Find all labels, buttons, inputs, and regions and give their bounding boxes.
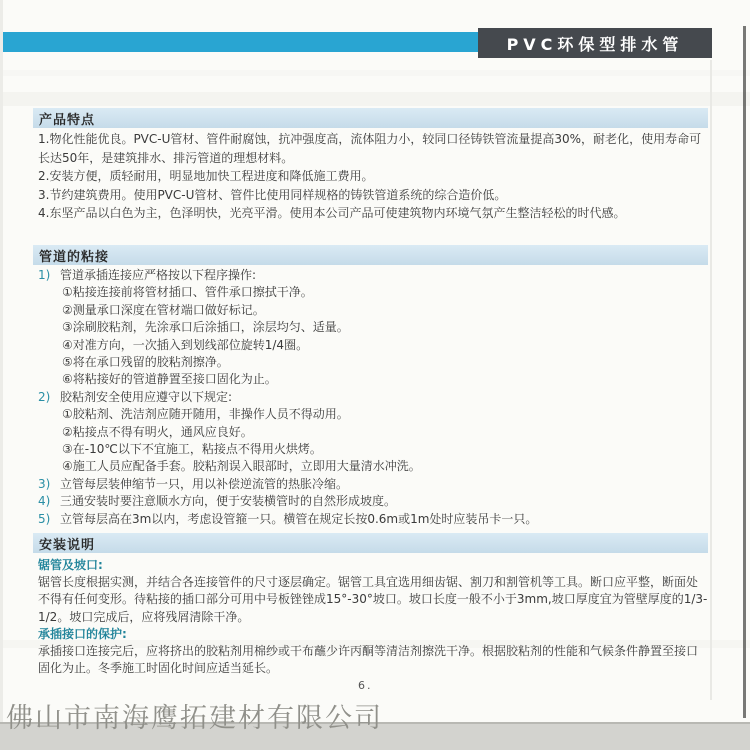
section-bar-bonding: 管道的粘接 [33,245,708,265]
bonding-item: 5)立管每层高在3m以内，考虑设管箍一只。横管在规定长按0.6m或1m处时应装吊… [38,511,708,528]
page-fold-line [710,60,712,700]
header-title-band: PVC环保型排水管 [478,28,712,58]
bonding-item-text: 胶粘剂安全使用应遵守以下规定: [60,390,232,404]
bonding-item-text: 三通安装时要注意顺水方向，便于安装横管时的自然形成坡度。 [60,494,396,508]
list-number: 4) [38,493,60,510]
bonding-sub-item: ②测量承口深度在管材端口做好标记。 [38,302,708,319]
bonding-sub-item: ③涂刷胶粘剂，先涂承口后涂插口，涂层均匀、适量。 [38,319,708,336]
section-bar-features: 产品特点 [33,108,708,128]
bonding-sub-item: ④对准方向，一次插入到划线部位旋转1/4圈。 [38,337,708,354]
install-subheading: 承插接口的保护: [38,626,708,643]
bonding-item: 4)三通安装时要注意顺水方向，便于安装横管时的自然形成坡度。 [38,493,708,510]
scan-right-edge-line [743,26,746,718]
list-number: 1) [38,267,60,284]
bonding-item: 1)管道承插连接应严格按以下程序操作: [38,267,708,284]
header-cyan-band [0,32,478,52]
section-title: 管道的粘接 [33,246,109,265]
bonding-sub-item: ②粘接点不得有明火，通风应良好。 [38,424,708,441]
scan-streak [0,70,750,76]
bonding-item-text: 立管每层高在3m以内，考虑设管箍一只。横管在规定长按0.6m或1m处时应装吊卡一… [60,512,537,526]
install-subheading: 锯管及坡口: [38,557,708,574]
feature-item: 4.东坚产品以白色为主，色泽明快，光亮平滑。使用本公司产品可使建筑物内环境气氛产… [38,204,708,223]
feature-item: 3.节约建筑费用。使用PVC-U管材、管件比使用同样规格的铸铁管道系统的综合造价… [38,186,708,205]
bonding-sub-item: ①粘接连接前将管材插口、管件承口擦拭干净。 [38,284,708,301]
bonding-item: 2)胶粘剂安全使用应遵守以下规定: [38,389,708,406]
install-paragraph: 锯管长度根据实测，并结合各连接管件的尺寸逐层确定。锯管工具宜选用细齿锯、割刀和割… [38,574,708,626]
scanned-document-page: PVC环保型排水管 产品特点 1.物化性能优良。PVC-U管材、管件耐腐蚀，抗冲… [0,0,750,750]
list-number: 3) [38,476,60,493]
page-number: 6. [358,679,373,692]
bonding-item-text: 立管每层装伸缩节一只，用以补偿逆流管的热胀冷缩。 [60,477,348,491]
company-watermark: 佛山市南海鹰拓建材有限公司 [6,696,383,735]
install-text-block: 锯管及坡口: 锯管长度根据实测，并结合各连接管件的尺寸逐层确定。锯管工具宜选用细… [38,557,708,677]
section-title: 安装说明 [33,534,95,553]
scan-streak [0,92,750,106]
bonding-sub-item: ①胶粘剂、洗洁剂应随开随用，非操作人员不得动用。 [38,406,708,423]
section-bar-install: 安装说明 [33,533,708,553]
bonding-sub-item: ③在-10℃以下不宜施工，粘接点不得用火烘烤。 [38,441,708,458]
list-number: 2) [38,389,60,406]
bonding-item-text: 管道承插连接应严格按以下程序操作: [60,268,256,282]
install-paragraph: 承插接口连接完后，应将挤出的胶粘剂用棉纱或干布蘸少许丙酮等清洁剂擦洗干净。根据胶… [38,643,708,677]
page-title: PVC环保型排水管 [507,32,684,55]
section-title: 产品特点 [33,109,95,128]
bonding-list: 1)管道承插连接应严格按以下程序操作: ①粘接连接前将管材插口、管件承口擦拭干净… [38,267,708,528]
bonding-sub-item: ⑤将在承口残留的胶粘剂擦净。 [38,354,708,371]
bonding-sub-item: ④施工人员应配备手套。胶粘剂误入眼部时，立即用大量清水冲洗。 [38,458,708,475]
scan-left-edge [0,0,3,724]
bonding-item: 3)立管每层装伸缩节一只，用以补偿逆流管的热胀冷缩。 [38,476,708,493]
bonding-sub-item: ⑥将粘接好的管道静置至接口固化为止。 [38,371,708,388]
features-text-block: 1.物化性能优良。PVC-U管材、管件耐腐蚀，抗冲强度高，流体阻力小，较同口径铸… [38,130,708,223]
list-number: 5) [38,511,60,528]
feature-item: 2.安装方便，质轻耐用，明显地加快工程进度和降低施工费用。 [38,167,708,186]
feature-item: 1.物化性能优良。PVC-U管材、管件耐腐蚀，抗冲强度高，流体阻力小，较同口径铸… [38,130,708,167]
